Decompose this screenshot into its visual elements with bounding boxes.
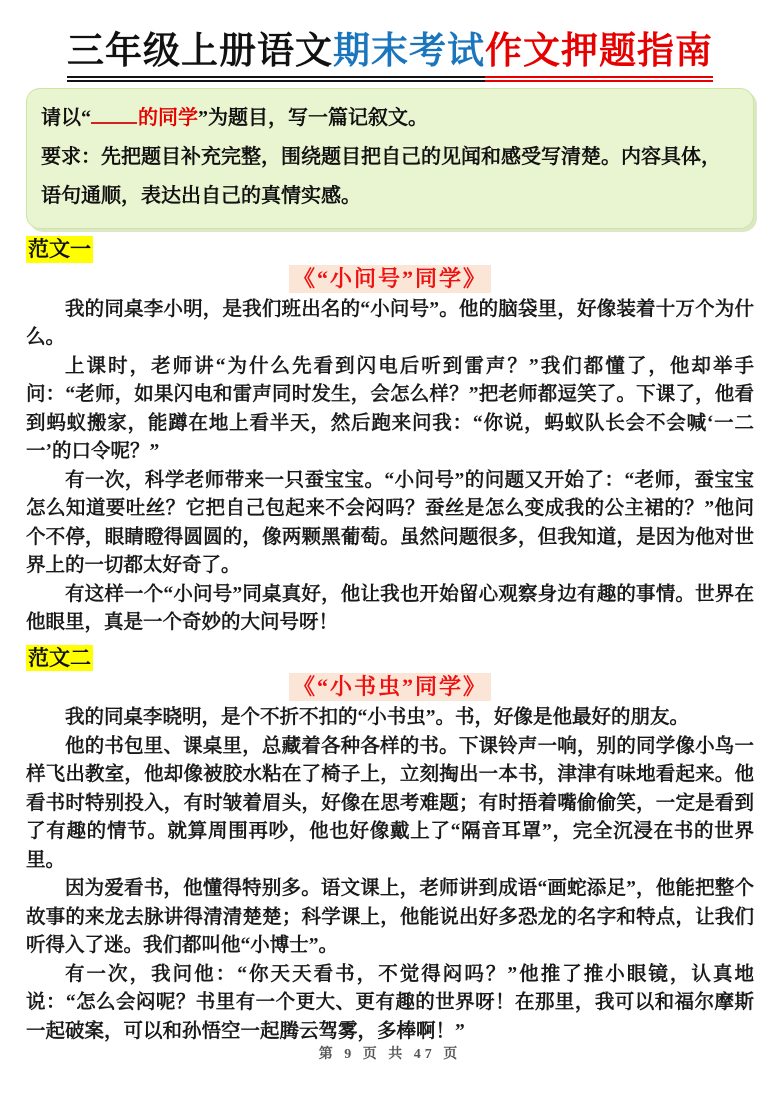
essay-1-body: 我的同桌李小明，是我们班出名的“小问号”。他的脑袋里，好像装着十万个为什么。 上… (26, 296, 754, 638)
essay-1-title-text: 《“小问号”同学》 (289, 265, 491, 293)
prompt-line-requirements: 要求：先把题目补充完整，围绕题目把自己的见闻和感受写清楚。内容具体，语句通顺，表… (41, 138, 737, 216)
sample-2-label: 范文二 (26, 645, 93, 671)
essay-2-title: 《“小书虫”同学》 (26, 673, 754, 701)
prompt-box: 请以“的同学”为题目，写一篇记叙文。 要求：先把题目补充完整，围绕题目把自己的见… (26, 88, 754, 229)
sample-2-section: 范文二 《“小书虫”同学》 我的同桌李晓明，是个不折不扣的“小书虫”。书，好像是… (26, 638, 754, 1047)
essay-2-paragraph: 他的书包里、课桌里，总藏着各种各样的书。下课铃声一响，别的同学像小鸟一样飞出教室… (26, 733, 754, 876)
essay-2-paragraph: 因为爱看书，他懂得特别多。语文课上，老师讲到成语“画蛇添足”，他能把整个故事的来… (26, 875, 754, 961)
essay-2-paragraph: 有一次，我问他：“你天天看书，不觉得闷吗？”他推了推小眼镜，认真地说：“怎么会闷… (26, 961, 754, 1047)
title-part-red: 作文押题指南 (485, 31, 713, 72)
page-title: 三年级上册语文期末考试作文押题指南 (26, 30, 754, 74)
essay-1-title: 《“小问号”同学》 (26, 265, 754, 293)
essay-1-paragraph: 有一次，科学老师带来一只蚕宝宝。“小问号”的问题又开始了：“老师，蚕宝宝怎么知道… (26, 467, 754, 581)
document-page: 三年级上册语文期末考试作文押题指南 请以“的同学”为题目，写一篇记叙文。 要求：… (0, 0, 780, 1103)
prompt-line-topic: 请以“的同学”为题目，写一篇记叙文。 (41, 99, 737, 138)
prompt-topic-red: 的同学 (138, 107, 198, 129)
prompt-prefix: 请以“ (41, 107, 91, 129)
sample-1-section: 范文一 《“小问号”同学》 我的同桌李小明，是我们班出名的“小问号”。他的脑袋里… (26, 229, 754, 638)
title-part-black: 三年级上册语文 (67, 31, 333, 72)
essay-2-paragraph: 我的同桌李晓明，是个不折不扣的“小书虫”。书，好像是他最好的朋友。 (26, 704, 754, 733)
page-number: 第 9 页 共 47 页 (0, 1043, 780, 1063)
essay-1-paragraph: 我的同桌李小明，是我们班出名的“小问号”。他的脑袋里，好像装着十万个为什么。 (26, 296, 754, 353)
sample-1-label: 范文一 (26, 236, 93, 262)
fill-in-blank-underline (91, 104, 137, 124)
prompt-suffix: ”为题目，写一篇记叙文。 (198, 107, 428, 129)
essay-2-body: 我的同桌李晓明，是个不折不扣的“小书虫”。书，好像是他最好的朋友。 他的书包里、… (26, 704, 754, 1046)
title-part-blue: 期末考试 (333, 31, 485, 72)
essay-2-title-text: 《“小书虫”同学》 (289, 673, 491, 701)
essay-1-paragraph: 有这样一个“小问号”同桌真好，他让我也开始留心观察身边有趣的事情。世界在他眼里，… (26, 581, 754, 638)
essay-1-paragraph: 上课时，老师讲“为什么先看到闪电后听到雷声？”我们都懂了，他却举手问：“老师，如… (26, 353, 754, 467)
